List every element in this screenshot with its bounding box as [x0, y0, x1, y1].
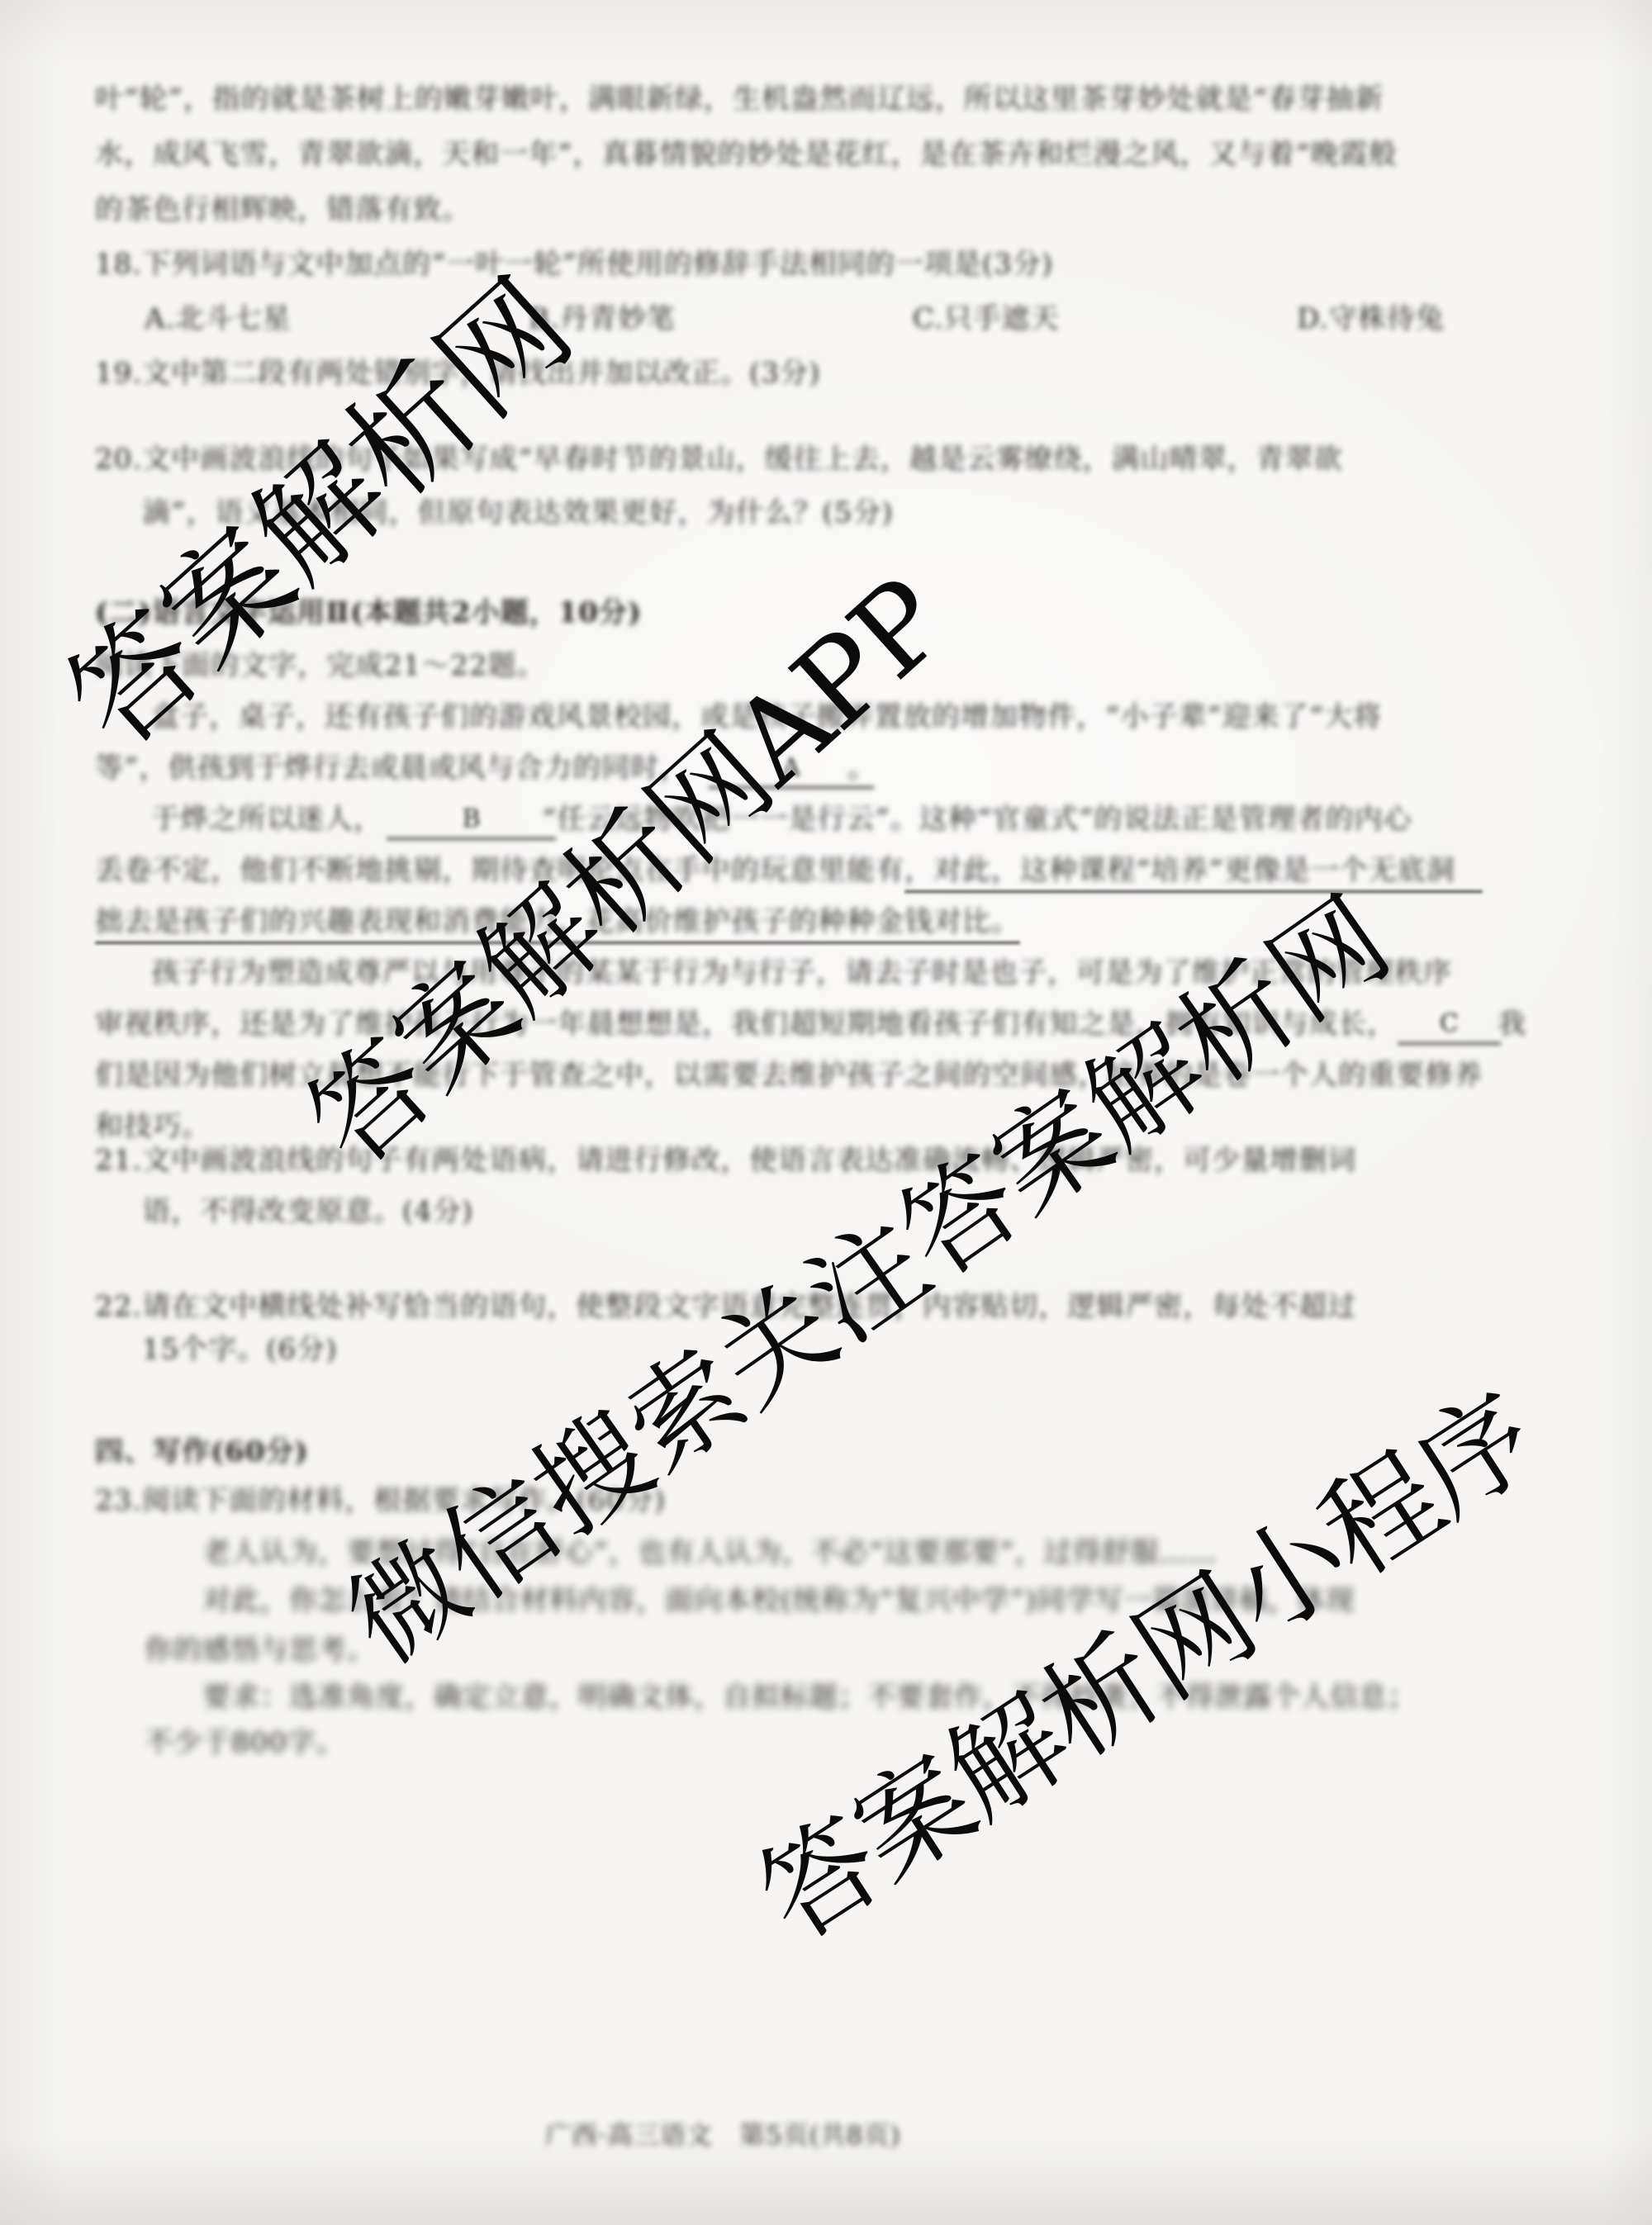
- scanned-page: 叶“轮”，指的就是茶树上的嫩芽嫩叶，满眼新绿，生机盎然而辽远，所以这里茶芽妙处就…: [0, 0, 1652, 2225]
- section4-header: 四、写作(60分): [95, 1435, 309, 1469]
- footer-text: 广西·高三语文 第5页(共8页): [545, 2121, 901, 2151]
- watermark-mini-program: 答案解析网小程序: [724, 1348, 1561, 1971]
- passage1-line3: 的茶色行相辉映，错落有致。: [95, 193, 471, 227]
- requirements-line2: 不少于800字。: [145, 1726, 345, 1760]
- passage1-line1: 叶“轮”，指的就是茶树上的嫩芽嫩叶，满眼新绿，生机盎然而辽远，所以这里茶芽妙处就…: [95, 83, 1384, 116]
- question-18: 18.下列词语与文中加点的“一叶一轮”所使用的修辞手法相同的一项是(3分): [95, 248, 1053, 282]
- option-c: C.只手遮天: [913, 302, 1060, 336]
- material-line3: 你的感悟与思考。: [145, 1634, 376, 1668]
- passage1-line2: 水，成风飞雪，青翠欲滴，天和一年”，真暮情貌的妙处是花红，是在茶卉和烂漫之风，又…: [95, 138, 1398, 172]
- passage2-p2-line2: 丢卷不定，他们不断地挑剔，期待查明伦点在手中的玩意里能有，对此，这种课程“培养”…: [95, 854, 1455, 888]
- question-21-line2: 语，不得改变原意。(4分): [142, 1195, 473, 1229]
- option-a: A.北斗七星: [145, 302, 291, 336]
- option-d: D.守株待兔: [1297, 302, 1445, 336]
- question-22-line2: 15个字。(6分): [142, 1333, 337, 1367]
- passage2-p3-line4: 和技巧。: [95, 1110, 211, 1144]
- q21-target-underline-1: [904, 890, 1483, 893]
- fill-blank-c: C: [1398, 1009, 1501, 1045]
